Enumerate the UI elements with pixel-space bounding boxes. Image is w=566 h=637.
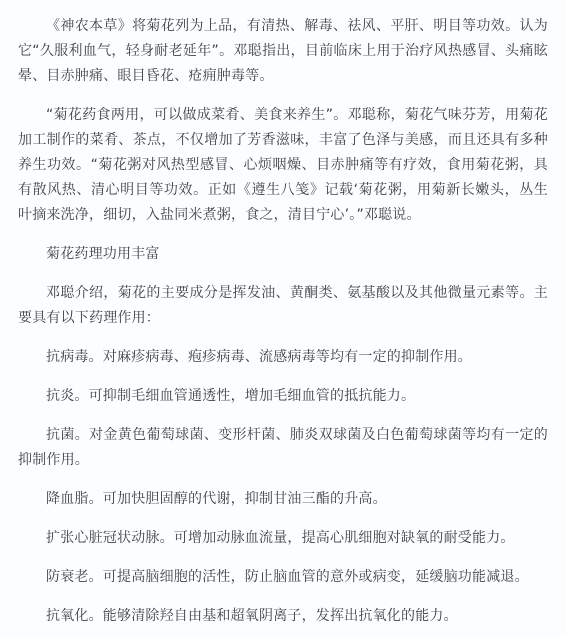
- article-body: 《神农本草》将菊花列为上品，有清热、解毒、祛风、平肝、明目等功效。认为它“久服利…: [0, 0, 566, 629]
- paragraph: 防衰老。可提高脑细胞的活性，防止脑血管的意外或病变，延缓脑功能减退。: [18, 565, 548, 590]
- paragraph: 邓聪介绍，菊花的主要成分是挥发油、黄酮类、氨基酸以及其他微量元素等。主要具有以下…: [18, 281, 548, 331]
- paragraph: 《神农本草》将菊花列为上品，有清热、解毒、祛风、平肝、明目等功效。认为它“久服利…: [18, 14, 548, 89]
- paragraph: “菊花药食两用，可以做成菜肴、美食来养生”。邓聪称，菊花气味芬芳，用菊花加工制作…: [18, 103, 548, 228]
- section-subheading: 菊花药理功用丰富: [18, 242, 548, 267]
- paragraph: 抗氧化。能够清除羟自由基和超氧阴离子，发挥出抗氧化的能力。: [18, 604, 548, 629]
- paragraph: 降血脂。可加快胆固醇的代谢，抑制甘油三酯的升高。: [18, 487, 548, 512]
- paragraph: 抗菌。对金黄色葡萄球菌、变形杆菌、肺炎双球菌及白色葡萄球菌等均有一定的抑制作用。: [18, 423, 548, 473]
- paragraph: 抗病毒。对麻疹病毒、疱疹病毒、流感病毒等均有一定的抑制作用。: [18, 345, 548, 370]
- paragraph: 抗炎。可抑制毛细血管通透性，增加毛细血管的抵抗能力。: [18, 384, 548, 409]
- paragraph: 扩张心脏冠状动脉。可增加动脉血流量，提高心肌细胞对缺氧的耐受能力。: [18, 526, 548, 551]
